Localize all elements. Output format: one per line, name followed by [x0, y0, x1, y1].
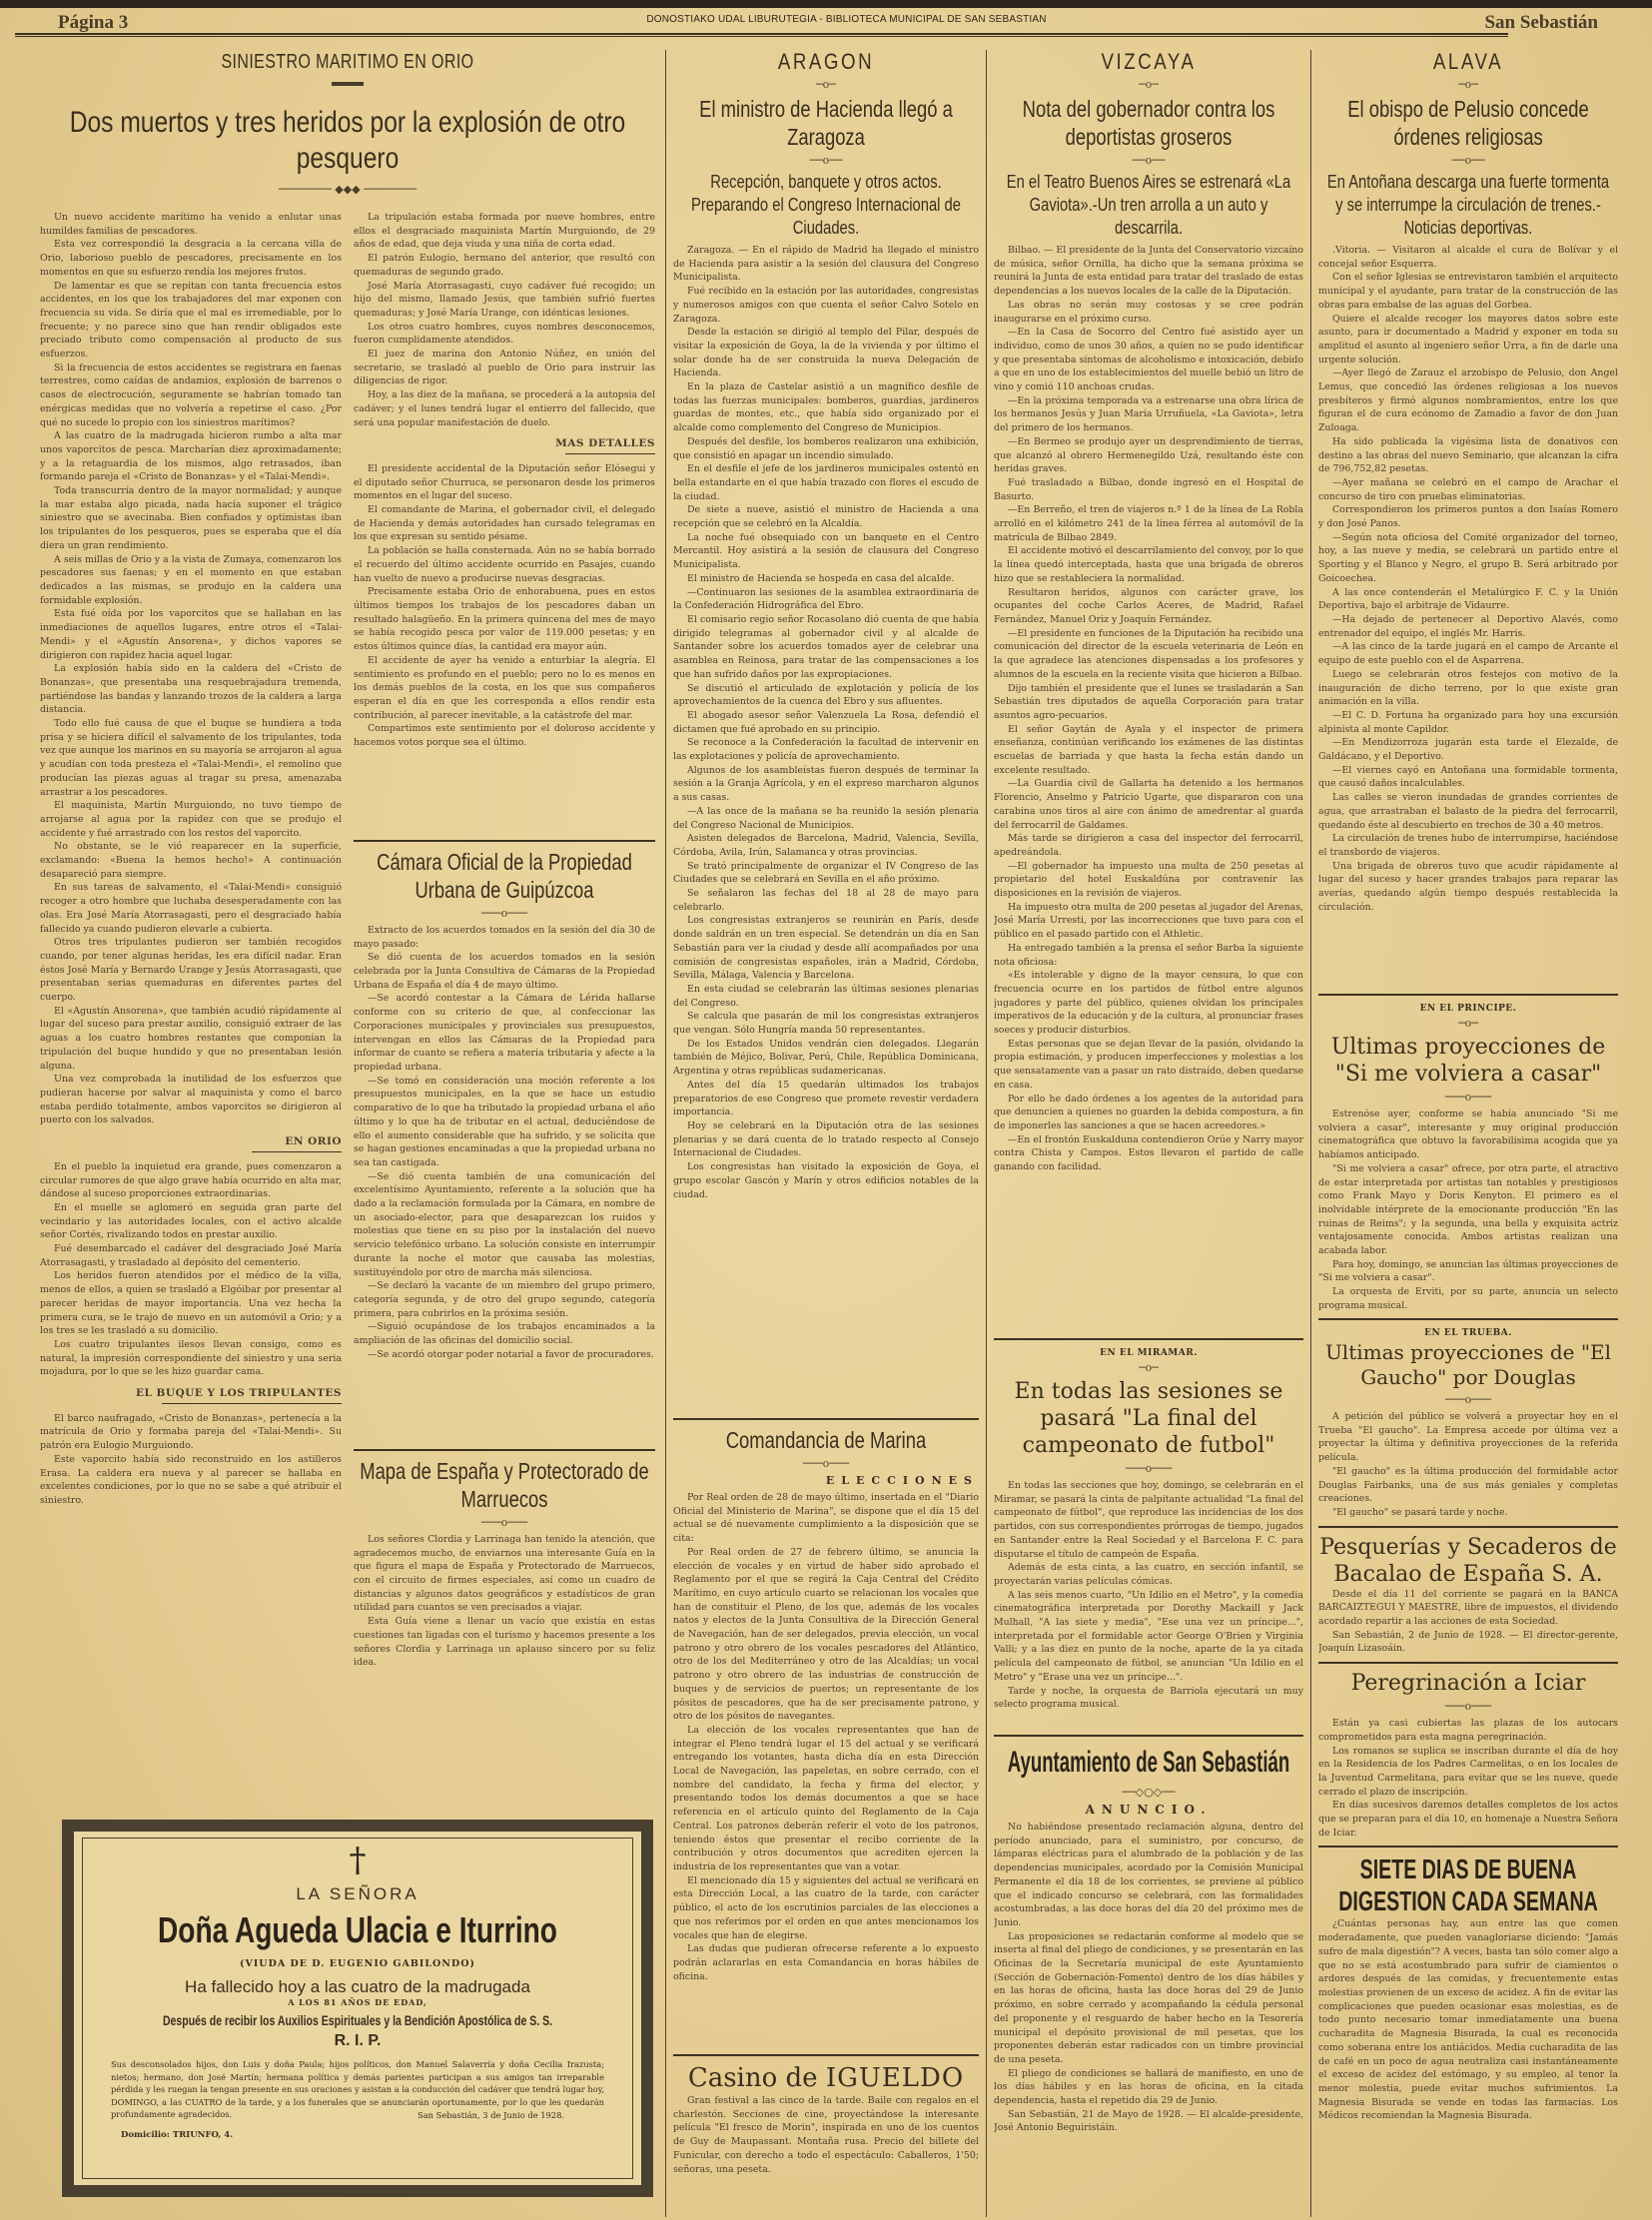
- ornament: ─o─: [1318, 78, 1618, 92]
- paragraph: Desde el día 11 del corriente se pagará …: [1318, 1588, 1618, 1629]
- ornament: ───o───: [994, 1462, 1303, 1476]
- paragraph: Además de esta cinta, a las cuatro, en s…: [994, 1561, 1303, 1588]
- paragraph: Para hoy, domingo, se anuncian las últim…: [1318, 1258, 1618, 1285]
- ornament: ─o─: [994, 1361, 1303, 1375]
- casino-text: Gran festival a las cinco de la tarde. B…: [673, 2094, 979, 2176]
- column-divider: [665, 50, 666, 2217]
- section-label: ALAVA: [1341, 49, 1596, 75]
- paragraph: Un nuevo accidente marítimo ha venido a …: [40, 211, 342, 238]
- section-label: VIZCAYA: [1017, 49, 1280, 75]
- paragraph: —En el frontón Euskalduna contendieron O…: [994, 1133, 1303, 1174]
- paragraph: No habiéndose presentado reclamación alg…: [994, 1821, 1303, 1930]
- paragraph: En el muelle se aglomeró en seguida gran…: [40, 1201, 342, 1242]
- paragraph: En el desfile el jefe de los jardineros …: [673, 462, 979, 503]
- paragraph: —Se declaró la vacante de un miembro del…: [354, 1279, 655, 1320]
- paragraph: La noche fué obsequiado con un banquete …: [673, 531, 979, 572]
- paragraph: Esta Guía viene a llenar un vacío que ex…: [354, 1615, 655, 1670]
- paragraph: La explosión había sido en la caldera de…: [40, 662, 342, 717]
- ornament: ───o───: [1318, 1091, 1618, 1105]
- paragraph: El comandante de Marina, el gobernador c…: [354, 503, 655, 544]
- cross-icon: †: [83, 1843, 632, 1878]
- paragraph: —Continuaron las sesiones de la asamblea…: [673, 586, 979, 613]
- paragraph: Hoy se celebrará en la Diputación otra d…: [673, 1119, 979, 1160]
- rule: [994, 1338, 1303, 1340]
- column-divider: [1310, 50, 1311, 2217]
- masthead-city: San Sebastián: [1484, 12, 1598, 34]
- casino-headline-a: Casino de: [688, 2063, 826, 2093]
- headline: Dos muertos y tres heridos por la explos…: [63, 105, 633, 177]
- ornament: ─o─: [994, 78, 1303, 92]
- paragraph: Luego se celebrarán otros festejos con m…: [1318, 668, 1618, 709]
- subhead-elecciones: ELECCIONES: [673, 1474, 979, 1487]
- paragraph: —Según nota oficiosa del Comité organiza…: [1318, 531, 1618, 586]
- paragraph: El maquinista, Martín Murguiondo, no tuv…: [40, 799, 342, 840]
- rule: [252, 1151, 342, 1152]
- headline-iciar: Peregrinación a Iciar: [1318, 1670, 1618, 1697]
- article-body: Están ya casi cubiertas las plazas de lo…: [1318, 1717, 1618, 1840]
- paragraph: Asisten delegados de Barcelona, Madrid, …: [673, 832, 979, 859]
- headline: El obispo de Pelusio concede órdenes rel…: [1324, 95, 1612, 151]
- paragraph: Fué desembarcado el cadáver del desgraci…: [40, 1242, 342, 1269]
- article-column-right: La tripulación estaba formada por nueve …: [354, 211, 655, 1670]
- obituary-address: Domicilio: TRIUNFO, 4.: [83, 2130, 632, 2140]
- paragraph: De siete a nueve, asistió el ministro de…: [673, 503, 979, 530]
- ornament: ───o───: [1318, 1393, 1618, 1407]
- article-vizcaya: VIZCAYA ─o─ Nota del gobernador contra l…: [994, 45, 1303, 2202]
- paragraph: Están ya casi cubiertas las plazas de lo…: [1318, 1717, 1618, 1744]
- headline-pesquerias: Pesquerías y Secaderos de Bacalao de Esp…: [1318, 1534, 1618, 1588]
- paragraph: Desde la estación se dirigió al templo d…: [673, 326, 979, 380]
- rule: [1318, 1526, 1618, 1528]
- paragraph: El accidente de ayer ha venido a enturbi…: [354, 654, 655, 723]
- obituary-after: Después de recibir los Auxilios Espiritu…: [97, 2013, 619, 2028]
- paragraph: De lamentar es que se repitan con tanta …: [40, 280, 342, 362]
- rule: [162, 1403, 342, 1404]
- paragraph: Algunos de los asambleístas fueron despu…: [673, 764, 979, 805]
- headline-casino: Casino de IGUELDO: [673, 2062, 979, 2094]
- headline-camara: Cámara Oficial de la Propiedad Urbana de…: [360, 848, 649, 904]
- paragraph: —El presidente en funciones de la Diputa…: [994, 627, 1303, 682]
- label-miramar: EN EL MIRAMAR.: [994, 1348, 1303, 1358]
- article-body: A petición del público se volverá a proy…: [1318, 1410, 1618, 1520]
- ornament: ──────── ◆◆◆ ────────: [40, 183, 655, 197]
- article-body: ¿Cuántas personas hay, aun entre las que…: [1318, 1917, 1618, 2123]
- paragraph: Los romanos se suplica se inscriban dura…: [1318, 1745, 1618, 1800]
- paragraph: —A las once de la mañana se ha reunido l…: [673, 805, 979, 832]
- rule: [1318, 994, 1618, 996]
- paragraph: Extracto de los acuerdos tomados en la s…: [354, 924, 655, 951]
- paragraph: Se dió cuenta de los acuerdos tomados en…: [354, 951, 655, 992]
- paragraph: Otros tres tripulantes pudieron ser tamb…: [40, 936, 342, 1005]
- ornament: ──o──: [673, 154, 979, 168]
- paragraph: Se trató principalmente de organizar el …: [673, 860, 979, 887]
- paragraph: La circulación de trenes hubo de interru…: [1318, 832, 1618, 859]
- section-label: SINIESTRO MARITIMO EN ORIO: [102, 51, 594, 74]
- paragraph: En todas las secciones que hoy, domingo,…: [994, 1479, 1303, 1561]
- article-aragon: ARAGON ─o─ El ministro de Hacienda llegó…: [673, 45, 979, 2202]
- subhead-anuncio: ANUNCIO.: [994, 1803, 1303, 1817]
- paragraph: —Ayer llegó de Zarauz el arzobispo de Pe…: [1318, 367, 1618, 435]
- paragraph: La orquesta de Erviti, por su parte, anu…: [1318, 1285, 1618, 1312]
- obituary-name: Doña Agueda Ulacia e Iturrino: [89, 1908, 626, 1952]
- paragraph: Resultaron heridos, algunos con carácter…: [994, 586, 1303, 627]
- rule: [994, 1735, 1303, 1737]
- subheadline: En Antoñana descarga una fuerte tormenta…: [1325, 171, 1610, 240]
- paragraph: San Sebastián, 2 de Junio de 1928. — El …: [1318, 1629, 1618, 1656]
- paragraph: Antes del día 15 quedarán ultimados los …: [673, 1079, 979, 1119]
- paragraph: El mencionado día 15 y siguientes del ac…: [673, 1874, 979, 1943]
- paragraph: El comisario regio señor Rocasolano dió …: [673, 613, 979, 682]
- paragraph: —Se acordó otorgar poder notarial a favo…: [354, 1348, 655, 1362]
- paragraph: El señor Gaytán de Ayala y el inspector …: [994, 723, 1303, 778]
- paragraph: —En la Casa de Socorro del Centro fué as…: [994, 326, 1303, 394]
- article-body: Desde el día 11 del corriente se pagará …: [1318, 1588, 1618, 1657]
- paragraph: ¿Cuántas personas hay, aun entre las que…: [1318, 1917, 1618, 2123]
- paragraph: De los Estados Unidos vendrán cien deleg…: [673, 1038, 979, 1079]
- paragraph: En esta ciudad se celebrarán las últimas…: [673, 983, 979, 1010]
- obituary-age: A LOS 81 AÑOS DE EDAD,: [83, 1997, 632, 2007]
- rule: [673, 2054, 979, 2056]
- paragraph: —La Guardia civil de Gallarta ha detenid…: [994, 777, 1303, 832]
- paragraph: Por Real orden de 28 de mayo último, ins…: [673, 1491, 979, 1546]
- column-divider: [986, 50, 987, 2217]
- paragraph: A las seis menos cuarto, "Un Idilio en e…: [994, 1589, 1303, 1685]
- paragraph: Quiere el alcalde recoger los mayores da…: [1318, 313, 1618, 368]
- paragraph: Por Real orden de 27 de febrero último, …: [673, 1546, 979, 1724]
- headline-trueba: Ultimas proyecciones de "El Gaucho" por …: [1318, 1340, 1618, 1390]
- paragraph: La elección de los vocales representante…: [673, 1724, 979, 1874]
- subhead-mas-detalles: MAS DETALLES: [354, 437, 655, 451]
- ornament: ───o───: [1318, 1700, 1618, 1714]
- paragraph: José María Atorrasagasti, cuyo cadáver f…: [354, 280, 655, 321]
- rule: [1318, 1846, 1618, 1848]
- obituary-died: Ha fallecido hoy a las cuatro de la madr…: [83, 1977, 632, 1997]
- article-body: No habiéndose presentado reclamación alg…: [994, 1821, 1303, 2135]
- paragraph: Las dudas que pudieran ofrecerse referen…: [673, 1942, 979, 1983]
- paragraph: —Se dió cuenta también de una comunicaci…: [354, 1170, 655, 1280]
- paragraph: A seis millas de Orio y a la vista de Zu…: [40, 553, 342, 608]
- masthead-rule: [15, 33, 1508, 37]
- headline-mapa: Mapa de España y Protectorado de Marruec…: [360, 1457, 649, 1513]
- paragraph: Correspondieron los primeros puntos a do…: [1318, 503, 1618, 530]
- paragraph: .Vitoria. — Visitaron al alcalde el cura…: [1318, 244, 1618, 271]
- paragraph: Fué trasladado a Bilbao, donde ingresó e…: [994, 476, 1303, 503]
- subhead-buque: EL BUQUE Y LOS TRIPULANTES: [40, 1387, 342, 1401]
- headline-miramar: En todas las sesiones se pasará "La fina…: [994, 1378, 1303, 1459]
- paragraph: El barco naufragado, «Cristo de Bonanzas…: [40, 1412, 342, 1453]
- paragraph: El presidente accidental de la Diputació…: [354, 462, 655, 503]
- paragraph: —A las cinco de la tarde jugará en el ca…: [1318, 640, 1618, 667]
- paragraph: Si la frecuencia de estos accidentes se …: [40, 362, 342, 430]
- rule: [354, 1449, 655, 1451]
- label-principe: EN EL PRINCIPE.: [1318, 1004, 1618, 1014]
- paragraph: San Sebastián, 21 de Mayo de 1928. — El …: [994, 2108, 1303, 2135]
- paragraph: "El gaucho" se pasará tarde y noche.: [1318, 1506, 1618, 1520]
- article-column-left: Un nuevo accidente marítimo ha venido a …: [40, 211, 342, 1670]
- paragraph: A petición del público se volverá a proy…: [1318, 1410, 1618, 1465]
- paragraph: "El gaucho" es la última producción del …: [1318, 1465, 1618, 1506]
- paragraph: —Ha dejado de pertenecer al Deportivo Al…: [1318, 613, 1618, 640]
- paragraph: Una brigada de obreros tuvo que acudir r…: [1318, 860, 1618, 915]
- paragraph: Esta vez correspondió la desgracia a la …: [40, 238, 342, 279]
- paragraph: La tripulación estaba formada por nueve …: [354, 211, 655, 252]
- paragraph: Más tarde se dirigieron a casa del inspe…: [994, 832, 1303, 859]
- paragraph: Los cuatro tripulantes ilesos llevan con…: [40, 1338, 342, 1379]
- section-label: ARAGON: [696, 49, 956, 75]
- paragraph: En el pueblo la inquietud era grande, pu…: [40, 1160, 342, 1201]
- article-body: Zaragoza. — En el rápido de Madrid ha ll…: [673, 244, 979, 1412]
- headline-ayuntamiento: Ayuntamiento de San Sebastián: [997, 1743, 1300, 1783]
- paragraph: En días sucesivos daremos detalles compl…: [1318, 1799, 1618, 1840]
- article-alava: ALAVA ─o─ El obispo de Pelusio concede ó…: [1318, 45, 1618, 2202]
- paragraph: Hoy, a las diez de la mañana, se procede…: [354, 388, 655, 429]
- ornament: ─o─: [1318, 1017, 1618, 1031]
- paragraph: —En Mendizorroza jugarán esta tarde el E…: [1318, 736, 1618, 763]
- label-trueba: EN EL TRUEBA.: [1318, 1328, 1618, 1338]
- paragraph: El «Agustín Ansorena», que también acudi…: [40, 1005, 342, 1074]
- headline-marina: Comandancia de Marina: [680, 1426, 973, 1454]
- paragraph: Las obras no serán muy costosas y se cre…: [994, 299, 1303, 326]
- article-body: .Vitoria. — Visitaron al alcalde el cura…: [1318, 244, 1618, 988]
- rule: [354, 840, 655, 842]
- ornament: ───o───: [673, 1457, 979, 1471]
- paragraph: Las proposiciones se redactarán conforme…: [994, 1930, 1303, 2067]
- paragraph: Bilbao. — El presidente de la Junta del …: [994, 244, 1303, 299]
- article-body: Bilbao. — El presidente de la Junta del …: [994, 244, 1303, 1332]
- page-top-border: [0, 0, 1652, 8]
- rule: [1318, 1662, 1618, 1664]
- paragraph: Dijo también el presidente que el lunes …: [994, 682, 1303, 723]
- paragraph: «Es intolerable y digno de la mayor cens…: [994, 969, 1303, 1038]
- paragraph: Precisamente estaba Orio de enhorabuena,…: [354, 585, 655, 654]
- obituary-title: LA SEÑORA: [83, 1884, 632, 1904]
- paragraph: —Se tomó en consideración una moción ref…: [354, 1075, 655, 1170]
- paragraph: Tarde y noche, la orquesta de Barriola e…: [994, 1685, 1303, 1712]
- paragraph: —En Berreño, el tren de viajeros n.º 1 d…: [994, 503, 1303, 544]
- rule: [673, 1418, 979, 1420]
- subheadline: Recepción, banquete y otros actos. Prepa…: [681, 171, 971, 240]
- subheadline: En el Teatro Buenos Aires se estrenará «…: [1002, 171, 1295, 240]
- paragraph: —En la próxima temporada va a estrenarse…: [994, 394, 1303, 435]
- paragraph: Las calles se vieron inundadas de grande…: [1318, 791, 1618, 832]
- paragraph: En sus tareas de salvamento, el «Talai-M…: [40, 881, 342, 936]
- subhead-orio: EN ORIO: [40, 1135, 342, 1149]
- paragraph: —Se acordó contestar a la Cámara de Léri…: [354, 992, 655, 1074]
- paragraph: "Si me volviera a casar" ofrece, por otr…: [1318, 1162, 1618, 1258]
- paragraph: Una vez comprobada la inutilidad de los …: [40, 1073, 342, 1127]
- rule: [565, 453, 655, 454]
- obituary-text: Sus desconsolados hijos, don Luis y doña…: [83, 2050, 632, 2122]
- paragraph: —El C. D. Fortuna ha organizado para hoy…: [1318, 709, 1618, 736]
- ornament: ──o──: [1318, 154, 1618, 168]
- paragraph: Los señores Clordia y Larrinaga han teni…: [354, 1533, 655, 1615]
- paragraph: Se calcula que pasarán de mil los congre…: [673, 1010, 979, 1037]
- headline: Nota del gobernador contra los deportist…: [1001, 95, 1296, 151]
- paragraph: El patrón Eulogio, hermano del anterior,…: [354, 252, 655, 279]
- paragraph: Este vaporcito había sido reconstruido e…: [40, 1453, 342, 1508]
- paragraph: Ha entregado también a la prensa el seño…: [994, 942, 1303, 969]
- paragraph: El ministro de Hacienda se hospeda en ca…: [673, 572, 979, 586]
- rule: [1318, 1318, 1618, 1320]
- paragraph: Estrenóse ayer, conforme se había anunci…: [1318, 1108, 1618, 1162]
- paragraph: Se reconoce a la Confederación la facult…: [673, 736, 979, 763]
- paragraph: Los congresistas han visitado la exposic…: [673, 1160, 979, 1201]
- article-body: Estrenóse ayer, conforme se había anunci…: [1318, 1108, 1618, 1312]
- headline-principe: Ultimas proyecciones de "Si me volviera …: [1318, 1034, 1618, 1088]
- ornament: ──◇○◇──: [994, 1786, 1303, 1800]
- paragraph: Los otros cuatro hombres, cuyos nombres …: [354, 321, 655, 348]
- paragraph: A las once contenderán el Metalúrgico F.…: [1318, 586, 1618, 613]
- paragraph: El pliego de condiciones se hallará de m…: [994, 2067, 1303, 2108]
- ornament: ──o──: [994, 154, 1303, 168]
- ornament: ───o───: [354, 907, 655, 921]
- paragraph: Se discutió el articulado de explotación…: [673, 682, 979, 709]
- paragraph: Los congresistas extranjeros se reunirán…: [673, 914, 979, 983]
- obituary-rip: R. I. P.: [83, 2032, 632, 2050]
- paragraph: A las cuatro de la madrugada hicieron ru…: [40, 429, 342, 484]
- ornament: ───o───: [354, 1516, 655, 1530]
- paragraph: En la plaza de Castelar asistió a un mag…: [673, 380, 979, 435]
- headline-siete-dias: SIETE DIAS DE BUENA DIGESTION CADA SEMAN…: [1321, 1853, 1615, 1917]
- paragraph: —En Bermeo se produjo ayer un desprendim…: [994, 435, 1303, 476]
- obituary-widow: (VIUDA DE D. EUGENIO GABILONDO): [83, 1958, 632, 1969]
- paragraph: La población se halla consternada. Aún n…: [354, 544, 655, 585]
- paragraph: Compartimos este sentimiento por el dolo…: [354, 722, 655, 749]
- paragraph: Gran festival a las cinco de la tarde. B…: [673, 2094, 979, 2176]
- paragraph: Toda transcurría dentro de la mayor norm…: [40, 484, 342, 553]
- paragraph: —Siguió ocupándose de los trabajos encam…: [354, 1320, 655, 1347]
- paragraph: No obstante, se le vió reaparecer en la …: [40, 840, 342, 881]
- paragraph: Todo ello fué causa de que el buque se h…: [40, 717, 342, 799]
- article-siniestro: SINIESTRO MARITIMO EN ORIO Dos muertos y…: [40, 45, 655, 1793]
- paragraph: El abogado asesor señor Valenzuela La Ro…: [673, 709, 979, 736]
- paragraph: —Ayer mañana se celebró en el campo de A…: [1318, 476, 1618, 503]
- paragraph: —El viernes cayó en Antoñana una formida…: [1318, 764, 1618, 791]
- headline: El ministro de Hacienda llegó a Zaragoza: [680, 95, 973, 151]
- paragraph: Fué recibido en la estación por las auto…: [673, 285, 979, 326]
- paragraph: Se señalaron las fechas del 18 al 28 de …: [673, 887, 979, 914]
- paragraph: Ha sido publicada la vigésima lista de d…: [1318, 435, 1618, 476]
- paragraph: Estas personas que se dejan llevar de la…: [994, 1038, 1303, 1093]
- article-body: En todas las secciones que hoy, domingo,…: [994, 1479, 1303, 1729]
- paragraph: Ha impuesto otra multa de 200 pesetas al…: [994, 901, 1303, 942]
- paragraph: Zaragoza. — En el rápido de Madrid ha ll…: [673, 244, 979, 285]
- casino-headline-b: IGUELDO: [826, 2063, 964, 2093]
- paragraph: Los heridos fueron atendidos por el médi…: [40, 1269, 342, 1338]
- library-watermark: DONOSTIAKO UDAL LIBURUTEGIA - BIBLIOTECA…: [40, 14, 1652, 25]
- paragraph: Esta fué oída por los vaporcitos que se …: [40, 607, 342, 662]
- article-body: Por Real orden de 28 de mayo último, ins…: [673, 1491, 979, 2048]
- paragraph: El accidente motivó el descarrilamiento …: [994, 544, 1303, 585]
- paragraph: Después del desfile, los bomberos realiz…: [673, 435, 979, 462]
- obituary-notice: † LA SEÑORA Doña Agueda Ulacia e Iturrin…: [62, 1820, 653, 2197]
- paragraph: El juez de marina don Antonio Núñez, en …: [354, 348, 655, 388]
- paragraph: —El gobernador ha impuesto una multa de …: [994, 860, 1303, 901]
- ornament: ─o─: [673, 78, 979, 92]
- paragraph: Por ello he dado órdenes a los agentes d…: [994, 1093, 1303, 1133]
- ornament: [40, 77, 655, 91]
- paragraph: Con el señor Iglesias se entrevistaron t…: [1318, 271, 1618, 312]
